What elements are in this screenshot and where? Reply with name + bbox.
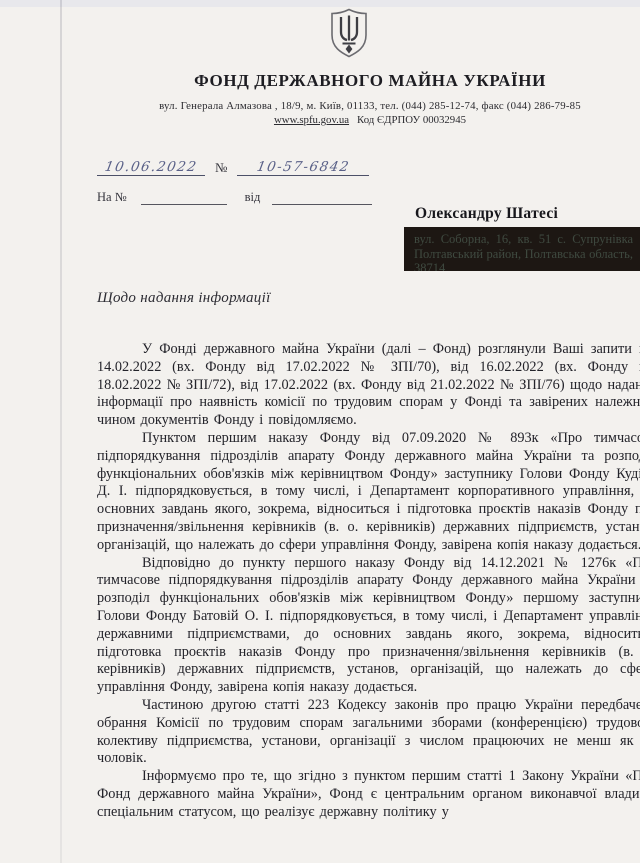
- outgoing-number-field: 10-57-6842: [237, 159, 369, 176]
- handwritten-number: 10-57-6842: [256, 159, 352, 175]
- reply-number-blank: [141, 192, 227, 205]
- recipient-name: Олександру Шатесі: [415, 205, 558, 223]
- org-contact-line: www.spfu.gov.uaКод ЄДРПОУ 00032945: [100, 114, 640, 126]
- subject-line: Щодо надання інформації: [97, 290, 271, 307]
- scan-top-band: [0, 0, 640, 7]
- reply-number-label: На №: [97, 190, 127, 205]
- scan-fold-line: [60, 0, 62, 863]
- number-sign: №: [215, 160, 227, 176]
- body-paragraph: У Фонді державного майна України (далі –…: [97, 341, 640, 430]
- org-edrpou: Код ЄДРПОУ 00032945: [357, 114, 466, 126]
- org-name: ФОНД ДЕРЖАВНОГО МАЙНА УКРАЇНИ: [100, 71, 640, 91]
- body-paragraph: Частиною другою статті 223 Кодексу закон…: [97, 697, 640, 768]
- body-paragraph: Інформуємо про те, що згідно з пунктом п…: [97, 768, 640, 821]
- reply-date-label: від: [245, 190, 261, 205]
- letter-body: У Фонді державного майна України (далі –…: [97, 341, 640, 822]
- redacted-address-block: вул. Соборна, 16, кв. 51 с. Супрунівка П…: [404, 227, 640, 271]
- body-paragraph: Пунктом першим наказу Фонду від 07.09.20…: [97, 430, 640, 555]
- org-website: www.spfu.gov.ua: [274, 114, 349, 126]
- outgoing-date-field: 10.06.2022: [97, 159, 205, 176]
- reply-ref-row: На № від: [97, 185, 372, 205]
- body-paragraph: Відповідно до пункту першого наказу Фонд…: [97, 555, 640, 697]
- reply-date-blank: [272, 192, 372, 205]
- ukraine-trident-emblem-icon: [330, 8, 368, 58]
- org-address: вул. Генерала Алмазова , 18/9, м. Київ, …: [100, 100, 640, 112]
- reference-block: 10.06.2022 № 10-57-6842 На № від: [97, 154, 372, 205]
- outgoing-ref-row: 10.06.2022 № 10-57-6842: [97, 154, 372, 176]
- handwritten-date: 10.06.2022: [103, 159, 198, 175]
